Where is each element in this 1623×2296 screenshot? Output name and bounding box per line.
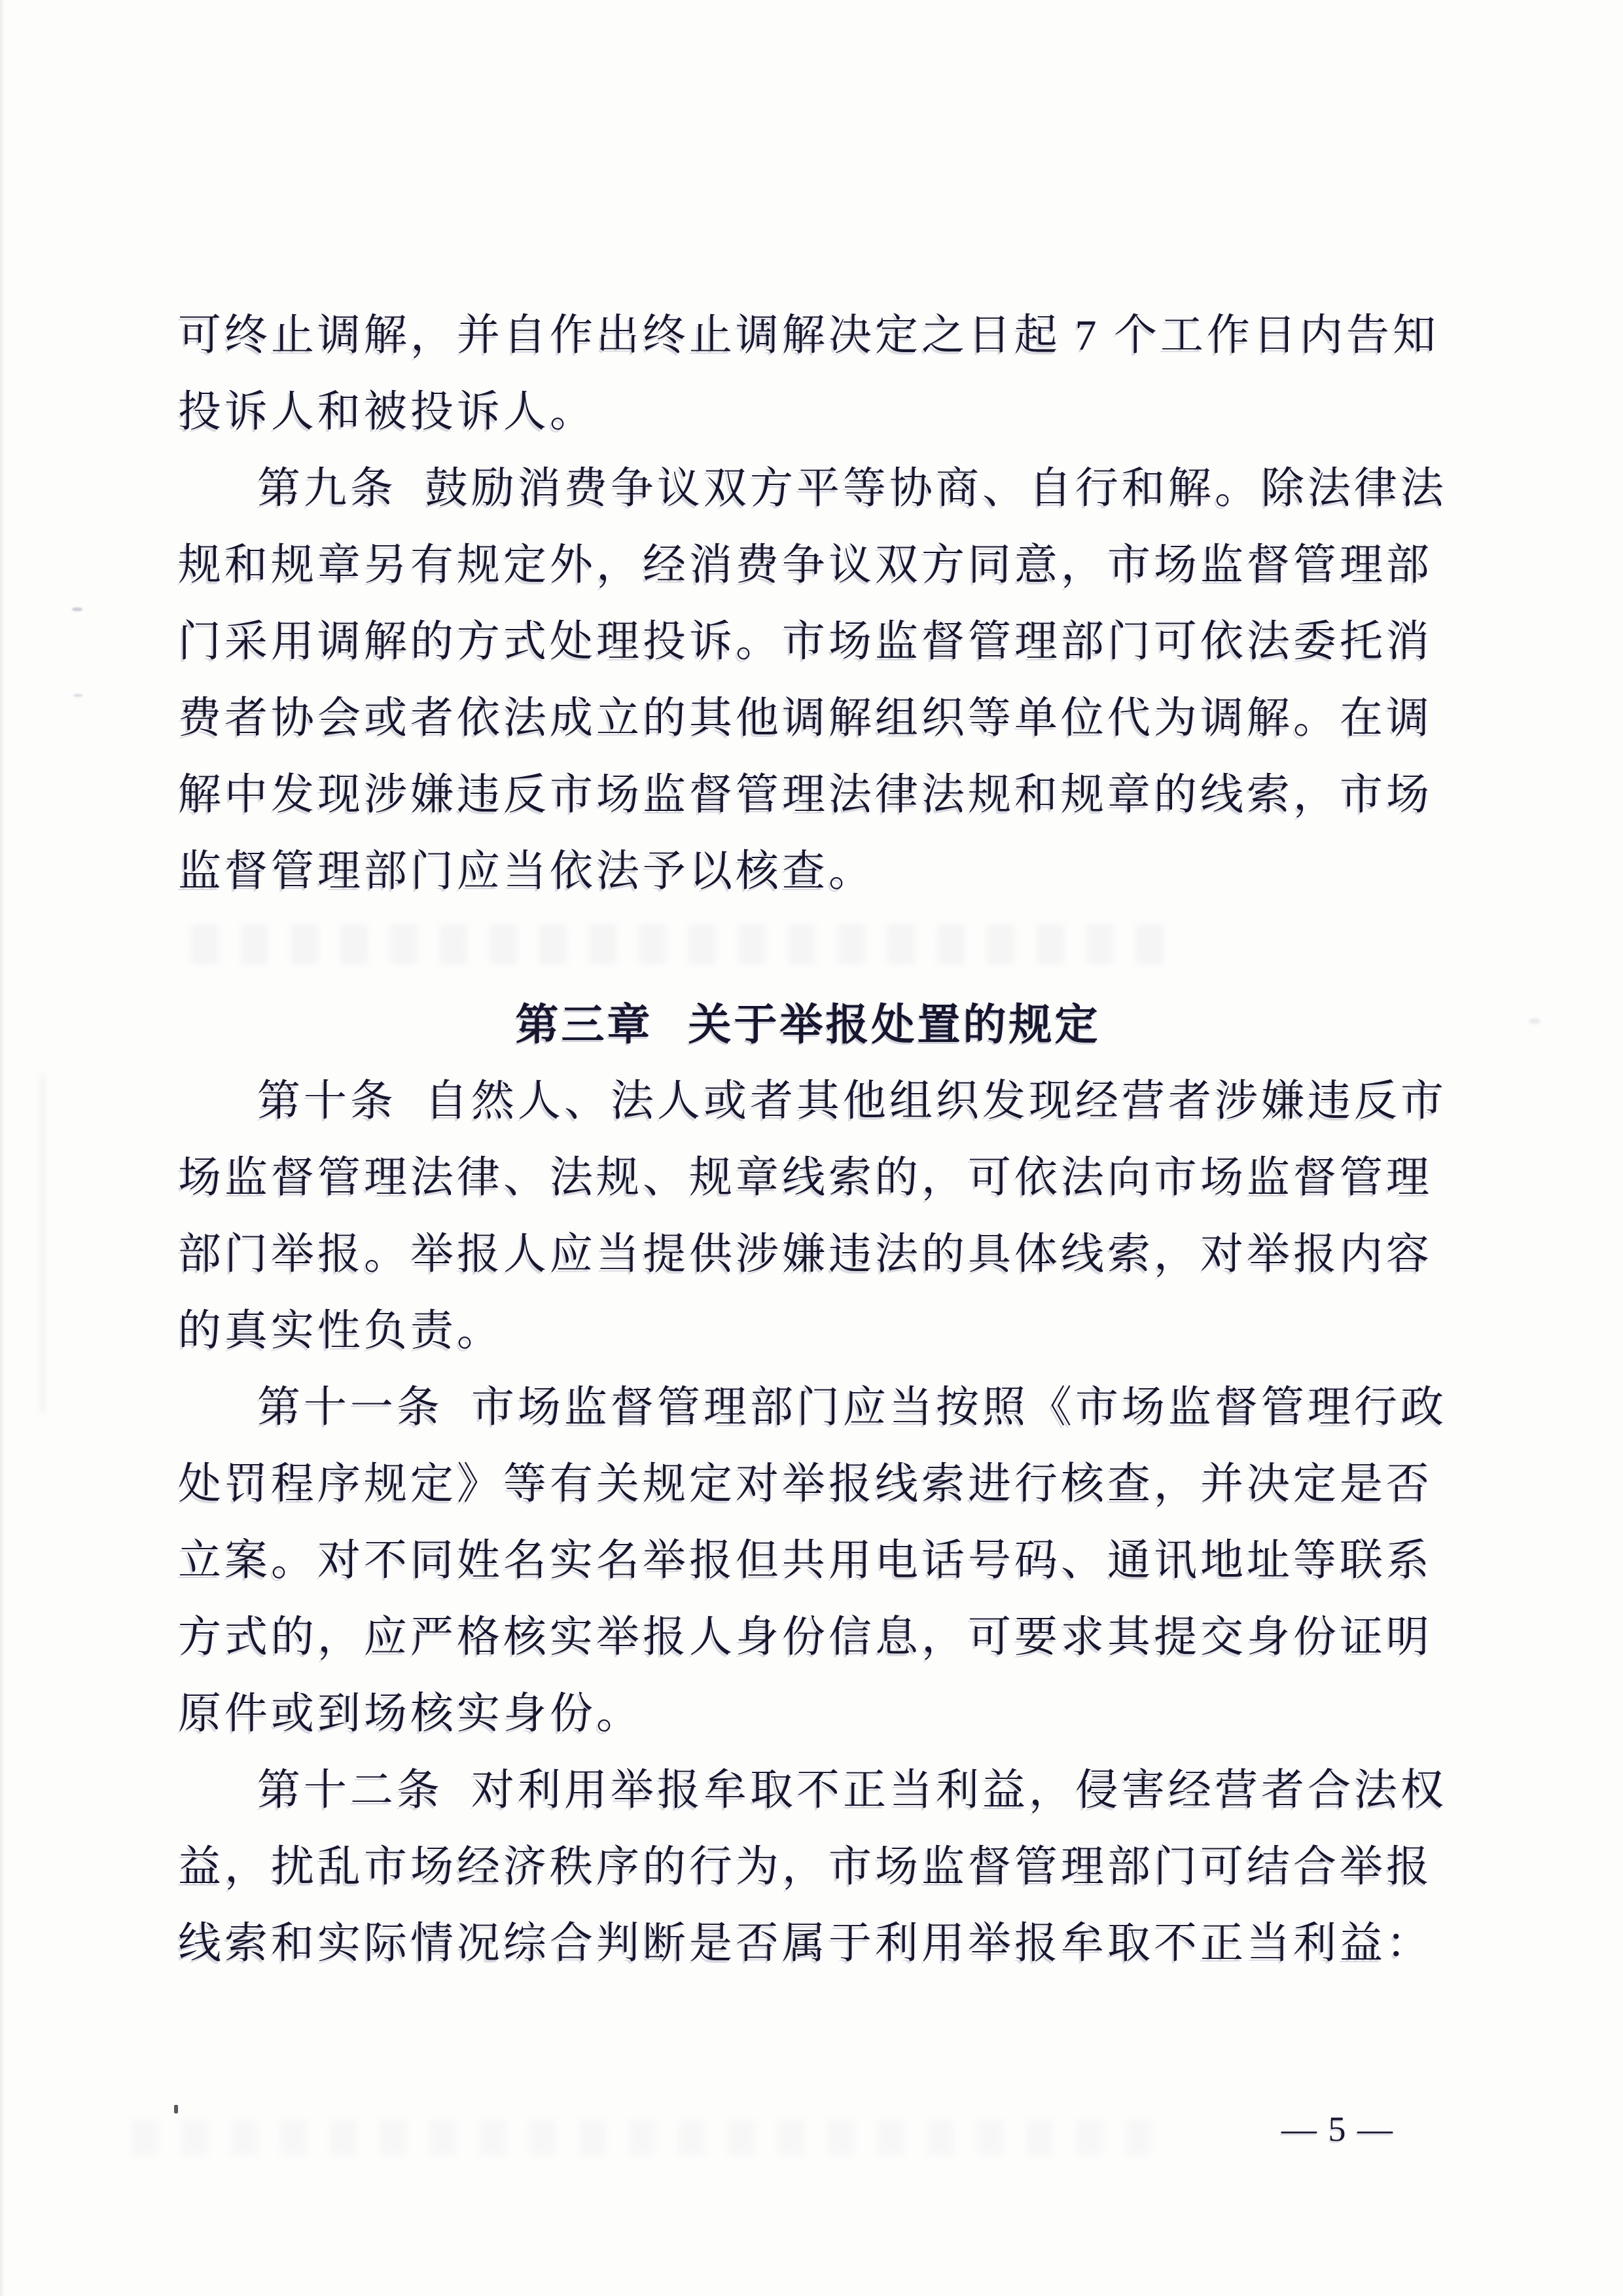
text-line: 可终止调解，并自作出终止调解决定之日起 7 个工作日内告知 <box>178 297 1438 374</box>
text-line: 场监督管理法律、法规、规章线索的，可依法向市场监督管理 <box>178 1139 1438 1216</box>
text-line: 规和规章另有规定外，经消费争议双方同意，市场监督管理部 <box>178 527 1438 603</box>
text-line: 投诉人和被投诉人。 <box>178 374 1438 450</box>
text-line: 的真实性负责。 <box>178 1293 1438 1369</box>
document-body: 可终止调解，并自作出终止调解决定之日起 7 个工作日内告知投诉人和被投诉人。第九… <box>178 297 1438 1982</box>
text-line: 第十一条 市场监督管理部门应当按照《市场监督管理行政 <box>178 1369 1438 1446</box>
text-line: 门采用调解的方式处理投诉。市场监督管理部门可依法委托消 <box>178 603 1438 680</box>
page-number: — 5 — <box>1281 2109 1394 2149</box>
scanned-document-page: 可终止调解，并自作出终止调解决定之日起 7 个工作日内告知投诉人和被投诉人。第九… <box>0 0 1623 2296</box>
text-line: 益，扰乱市场经济秩序的行为，市场监督管理部门可结合举报 <box>178 1829 1438 1905</box>
text-line: 立案。对不同姓名实名举报但共用电话号码、通讯地址等联系 <box>178 1522 1438 1599</box>
chapter-heading: 第三章 关于举报处置的规定 <box>178 986 1438 1063</box>
text-line: 方式的，应严格核实举报人身份信息，可要求其提交身份证明 <box>178 1599 1438 1676</box>
scan-edge-shade <box>0 0 5 2296</box>
bleed-through-artifact <box>131 2119 1152 2156</box>
text-line: 线索和实际情况综合判断是否属于利用举报牟取不正当利益： <box>178 1905 1438 1982</box>
scan-smudge <box>72 607 82 611</box>
scan-streak <box>39 1073 46 1414</box>
scan-smudge <box>73 694 82 697</box>
text-line: 第十条 自然人、法人或者其他组织发现经营者涉嫌违反市 <box>178 1063 1438 1139</box>
text-line: 部门举报。举报人应当提供涉嫌违法的具体线索，对举报内容 <box>178 1216 1438 1293</box>
text-line: 解中发现涉嫌违反市场监督管理法律法规和规章的线索，市场 <box>178 757 1438 833</box>
scan-speck <box>174 2105 178 2113</box>
text-line: 费者协会或者依法成立的其他调解组织等单位代为调解。在调 <box>178 680 1438 757</box>
text-line: 监督管理部门应当依法予以核查。 <box>178 833 1438 910</box>
text-line: 处罚程序规定》等有关规定对举报线索进行核查，并决定是否 <box>178 1446 1438 1522</box>
text-line: 第九条 鼓励消费争议双方平等协商、自行和解。除法律法 <box>178 450 1438 527</box>
blank-line <box>178 910 1438 986</box>
text-line: 原件或到场核实身份。 <box>178 1676 1438 1752</box>
scan-smudge <box>1529 1018 1541 1024</box>
text-line: 第十二条 对利用举报牟取不正当利益，侵害经营者合法权 <box>178 1752 1438 1829</box>
